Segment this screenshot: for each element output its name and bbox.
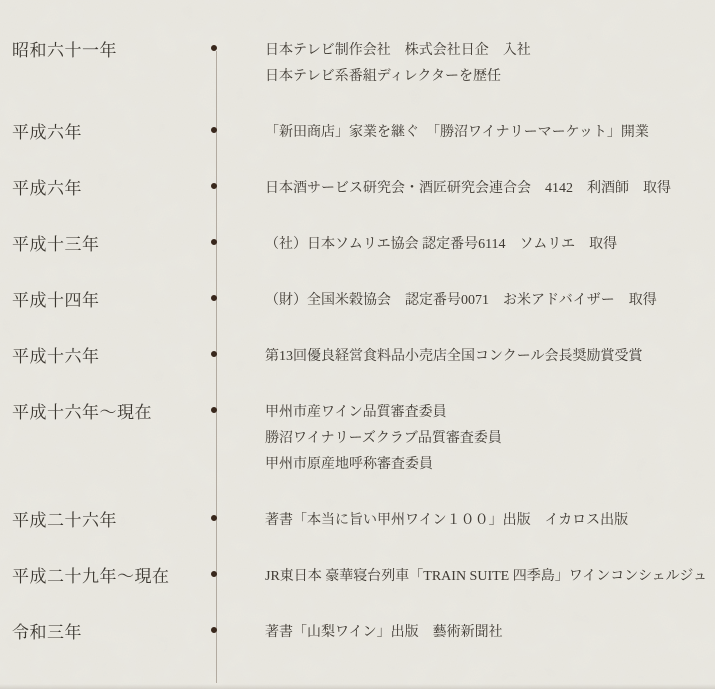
timeline-marker	[211, 620, 222, 646]
description-line: 著書「山梨ワイン」出版 藝術新聞社	[265, 620, 503, 646]
timeline-entry: 平成六年 日本酒サービス研究会・酒匠研究会連合会 4142 利酒師 取得	[12, 176, 715, 202]
year-label: 平成十四年	[12, 288, 211, 314]
timeline-bullet-icon	[211, 571, 217, 577]
timeline-entry: 平成十四年 （財）全国米穀協会 認定番号0071 お米アドバイザー 取得	[12, 288, 715, 314]
timeline-entry: 令和三年 著書「山梨ワイン」出版 藝術新聞社	[12, 620, 715, 646]
description-line: 日本テレビ制作会社 株式会社日企 入社	[265, 38, 531, 64]
entry-description: JR東日本 豪華寝台列車「TRAIN SUITE 四季島」ワインコンシェルジュ	[265, 564, 707, 590]
year-label: 平成十六年	[12, 344, 211, 370]
timeline-marker	[211, 508, 222, 534]
entry-description: 著書「本当に旨い甲州ワイン１００」出版 イカロス出版	[265, 508, 628, 534]
description-line: 第13回優良経営食料品小売店全国コンクール会長奨励賞受賞	[265, 344, 642, 370]
entry-description: 甲州市産ワイン品質審査委員 勝沼ワイナリーズクラブ品質審査委員 甲州市原産地呼称…	[265, 400, 502, 478]
timeline-marker	[211, 38, 222, 64]
timeline-entry: 平成二十六年 著書「本当に旨い甲州ワイン１００」出版 イカロス出版	[12, 508, 715, 534]
description-line: JR東日本 豪華寝台列車「TRAIN SUITE 四季島」ワインコンシェルジュ	[265, 564, 707, 590]
timeline-bullet-icon	[211, 627, 217, 633]
timeline-bullet-icon	[211, 45, 217, 51]
year-label: 平成十六年～現在	[12, 400, 211, 426]
description-line: 日本酒サービス研究会・酒匠研究会連合会 4142 利酒師 取得	[265, 176, 671, 202]
timeline-marker	[211, 564, 222, 590]
timeline-marker	[211, 232, 222, 258]
description-line: 著書「本当に旨い甲州ワイン１００」出版 イカロス出版	[265, 508, 628, 534]
timeline-entry: 平成十三年 （社）日本ソムリエ協会 認定番号6114 ソムリエ 取得	[12, 232, 715, 258]
entry-description: 著書「山梨ワイン」出版 藝術新聞社	[265, 620, 503, 646]
entry-description: 日本酒サービス研究会・酒匠研究会連合会 4142 利酒師 取得	[265, 176, 671, 202]
year-label: 令和三年	[12, 620, 211, 646]
timeline-bullet-icon	[211, 407, 217, 413]
description-line: 勝沼ワイナリーズクラブ品質審査委員	[265, 426, 502, 452]
timeline-entry: 平成六年 「新田商店」家業を継ぐ 「勝沼ワイナリーマーケット」開業	[12, 120, 715, 146]
history-page: 昭和六十一年 日本テレビ制作会社 株式会社日企 入社 日本テレビ系番組ディレクタ…	[0, 0, 715, 689]
description-line: 甲州市原産地呼称審査委員	[265, 452, 502, 478]
timeline-bullet-icon	[211, 515, 217, 521]
timeline-bullet-icon	[211, 351, 217, 357]
description-line: 甲州市産ワイン品質審査委員	[265, 400, 502, 426]
timeline-marker	[211, 288, 222, 314]
description-line: （社）日本ソムリエ協会 認定番号6114 ソムリエ 取得	[265, 232, 617, 258]
timeline-bullet-icon	[211, 239, 217, 245]
year-label: 平成二十九年～現在	[12, 564, 211, 590]
timeline: 昭和六十一年 日本テレビ制作会社 株式会社日企 入社 日本テレビ系番組ディレクタ…	[0, 0, 715, 646]
timeline-marker	[211, 120, 222, 146]
description-line: 「新田商店」家業を継ぐ 「勝沼ワイナリーマーケット」開業	[265, 120, 649, 146]
timeline-bullet-icon	[211, 183, 217, 189]
year-label: 昭和六十一年	[12, 38, 211, 64]
year-label: 平成二十六年	[12, 508, 211, 534]
description-line: 日本テレビ系番組ディレクターを歴任	[265, 64, 531, 90]
entry-description: （財）全国米穀協会 認定番号0071 お米アドバイザー 取得	[265, 288, 657, 314]
timeline-entry: 平成十六年～現在 甲州市産ワイン品質審査委員 勝沼ワイナリーズクラブ品質審査委員…	[12, 400, 715, 478]
entry-description: 第13回優良経営食料品小売店全国コンクール会長奨励賞受賞	[265, 344, 642, 370]
timeline-marker	[211, 344, 222, 370]
entry-description: 日本テレビ制作会社 株式会社日企 入社 日本テレビ系番組ディレクターを歴任	[265, 38, 531, 90]
timeline-bullet-icon	[211, 295, 217, 301]
year-label: 平成六年	[12, 176, 211, 202]
description-line: （財）全国米穀協会 認定番号0071 お米アドバイザー 取得	[265, 288, 657, 314]
timeline-marker	[211, 176, 222, 202]
year-label: 平成六年	[12, 120, 211, 146]
timeline-marker	[211, 400, 222, 426]
year-label: 平成十三年	[12, 232, 211, 258]
timeline-bullet-icon	[211, 127, 217, 133]
entry-description: 「新田商店」家業を継ぐ 「勝沼ワイナリーマーケット」開業	[265, 120, 649, 146]
section-bottom-edge	[0, 684, 715, 689]
timeline-entry: 平成十六年 第13回優良経営食料品小売店全国コンクール会長奨励賞受賞	[12, 344, 715, 370]
timeline-entry: 昭和六十一年 日本テレビ制作会社 株式会社日企 入社 日本テレビ系番組ディレクタ…	[12, 38, 715, 90]
timeline-entry: 平成二十九年～現在 JR東日本 豪華寝台列車「TRAIN SUITE 四季島」ワ…	[12, 564, 715, 590]
entry-description: （社）日本ソムリエ協会 認定番号6114 ソムリエ 取得	[265, 232, 617, 258]
